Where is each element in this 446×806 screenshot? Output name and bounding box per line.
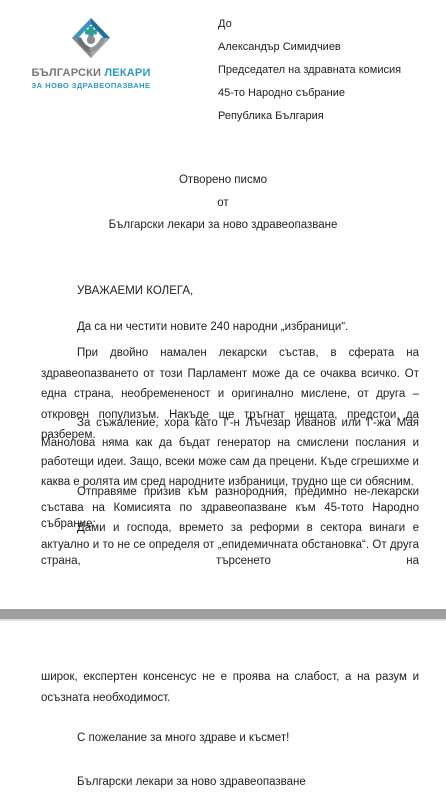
open-letter-document: БЪЛГАРСКИ ЛЕКАРИ ЗА НОВО ЗДРАВЕОПАЗВАНЕ … [0, 0, 446, 806]
organization-logo: БЪЛГАРСКИ ЛЕКАРИ ЗА НОВО ЗДРАВЕОПАЗВАНЕ [30, 16, 152, 90]
logo-wordmark: БЪЛГАРСКИ ЛЕКАРИ [30, 68, 152, 79]
person-icon [80, 36, 103, 50]
recipient-line-role: Председател на здравната комисия [218, 59, 401, 82]
page-break-divider [0, 609, 446, 621]
recipient-address-block: До Александър Симидчиев Председател на з… [218, 13, 401, 128]
logo-name-part1: БЪЛГАРСКИ [31, 67, 101, 79]
letter-paragraph-3: За съжаление, хора като Г-н Лъчезар Иван… [41, 414, 419, 492]
letter-title: Отворено писмо от Български лекари за но… [0, 169, 446, 237]
salutation: УВАЖАЕМИ КОЛЕГА, [41, 281, 419, 302]
diamond-medical-cross-person-icon [70, 16, 112, 62]
recipient-line-country: Република България [218, 105, 401, 128]
signature-line: Български лекари за ново здравеопазване [41, 772, 419, 793]
logo-tagline: ЗА НОВО ЗДРАВЕОПАЗВАНЕ [30, 82, 152, 90]
closing-line: С пожелание за много здраве и късмет! [41, 728, 419, 749]
letter-title-line3: Български лекари за ново здравеопазване [0, 214, 446, 237]
letter-paragraph-5: Дами и господа, времето за реформи в сек… [41, 520, 419, 570]
letter-title-line2: от [0, 192, 446, 215]
recipient-line-assembly: 45-то Народно събрание [218, 82, 401, 105]
letter-paragraph-5-continuation: широк, експертен консенсус не е проява н… [41, 667, 419, 709]
recipient-line-to: До [218, 13, 401, 36]
letter-title-line1: Отворено писмо [0, 169, 446, 192]
letter-paragraph-1: Да са ни честити новите 240 народни „изб… [41, 317, 419, 338]
recipient-line-name: Александър Симидчиев [218, 36, 401, 59]
logo-name-part2: ЛЕКАРИ [104, 67, 150, 79]
